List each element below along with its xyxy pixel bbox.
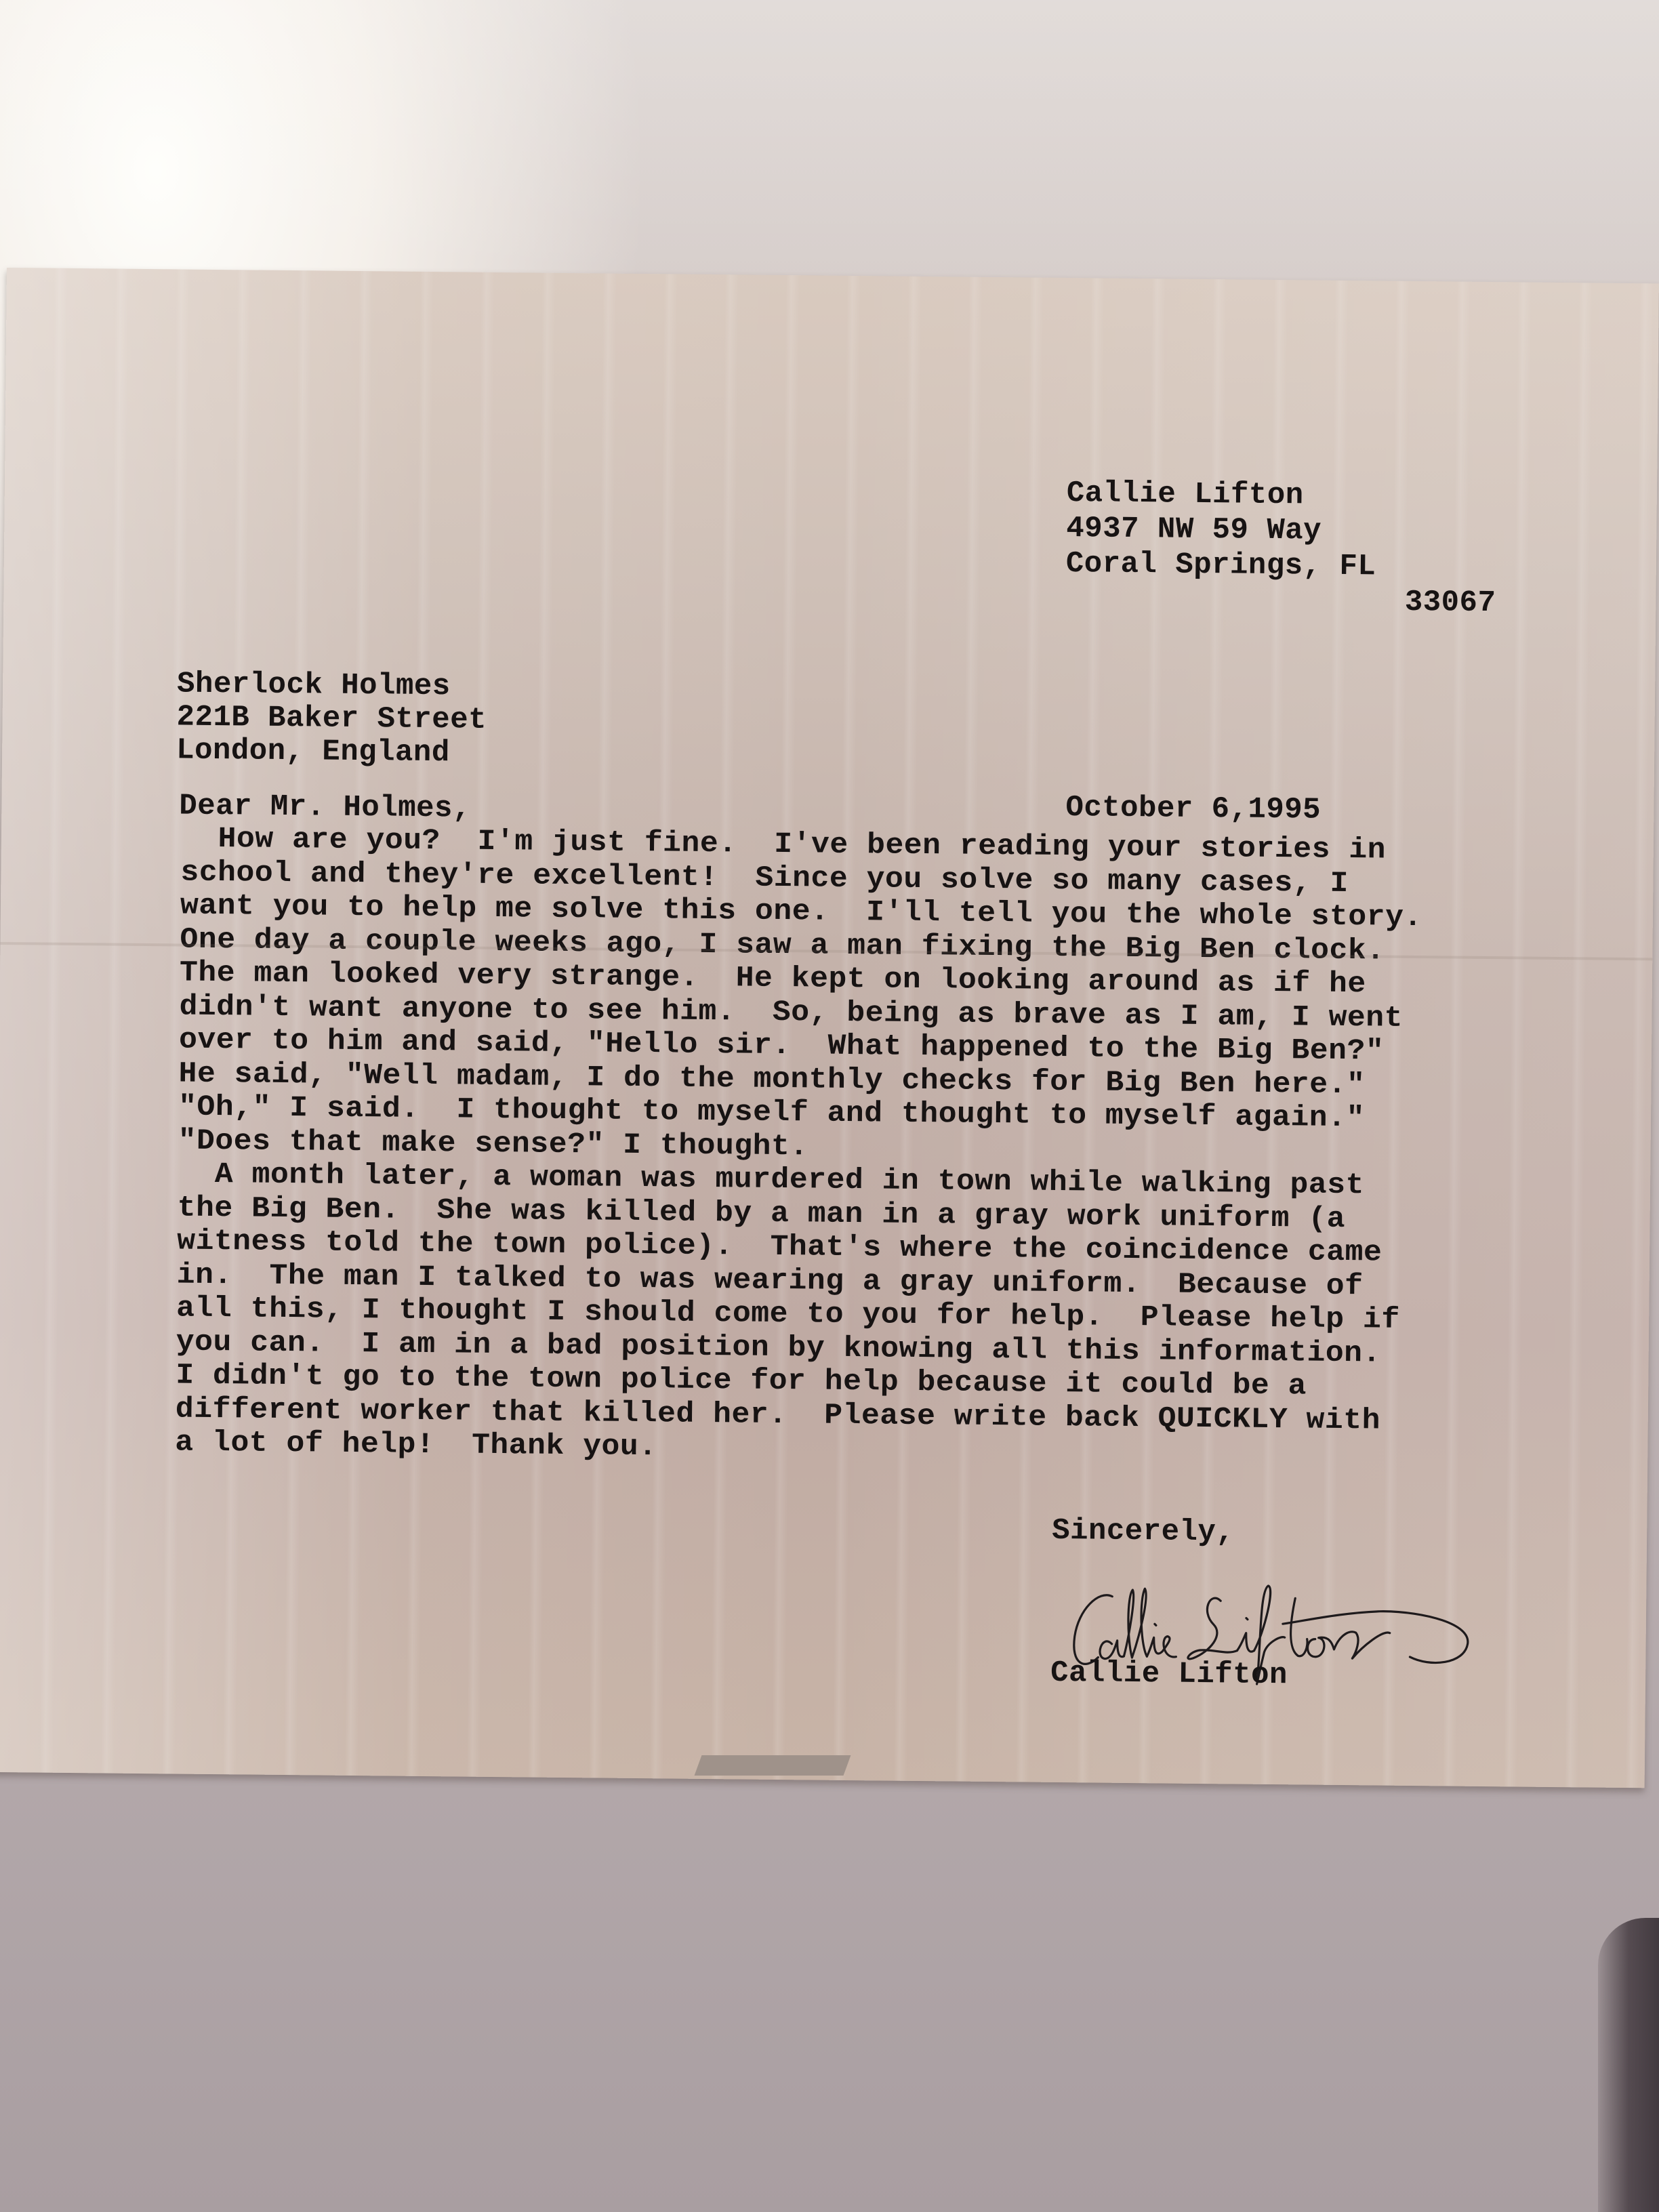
letter-paper: Callie Lifton 4937 NW 59 Way Coral Sprin… bbox=[0, 268, 1659, 1788]
recipient-address: Sherlock Holmes 221B Baker Street London… bbox=[176, 668, 487, 770]
recipient-street: 221B Baker Street bbox=[176, 700, 487, 737]
salutation: Dear Mr. Holmes, bbox=[179, 790, 471, 825]
plastic-sleeve-glare bbox=[0, 0, 1659, 285]
closing: Sincerely, bbox=[1052, 1515, 1235, 1550]
paper-tab bbox=[695, 1755, 851, 1776]
letter-date: October 6,1995 bbox=[1065, 792, 1321, 827]
sender-city-state: Coral Springs, FL bbox=[1066, 547, 1376, 583]
recipient-name: Sherlock Holmes bbox=[177, 667, 451, 703]
sender-street: 4937 NW 59 Way bbox=[1066, 512, 1322, 548]
recipient-city-country: London, England bbox=[176, 733, 450, 770]
shadow bbox=[1598, 1918, 1659, 2212]
sender-address: Callie Lifton 4937 NW 59 Way Coral Sprin… bbox=[1065, 476, 1497, 621]
sender-name: Callie Lifton bbox=[1067, 476, 1304, 512]
typed-signature-name: Callie Lifton bbox=[1050, 1657, 1288, 1692]
sender-zip: 33067 bbox=[1065, 581, 1496, 621]
letter-body: How are you? I'm just fine. I've been re… bbox=[175, 822, 1423, 1471]
